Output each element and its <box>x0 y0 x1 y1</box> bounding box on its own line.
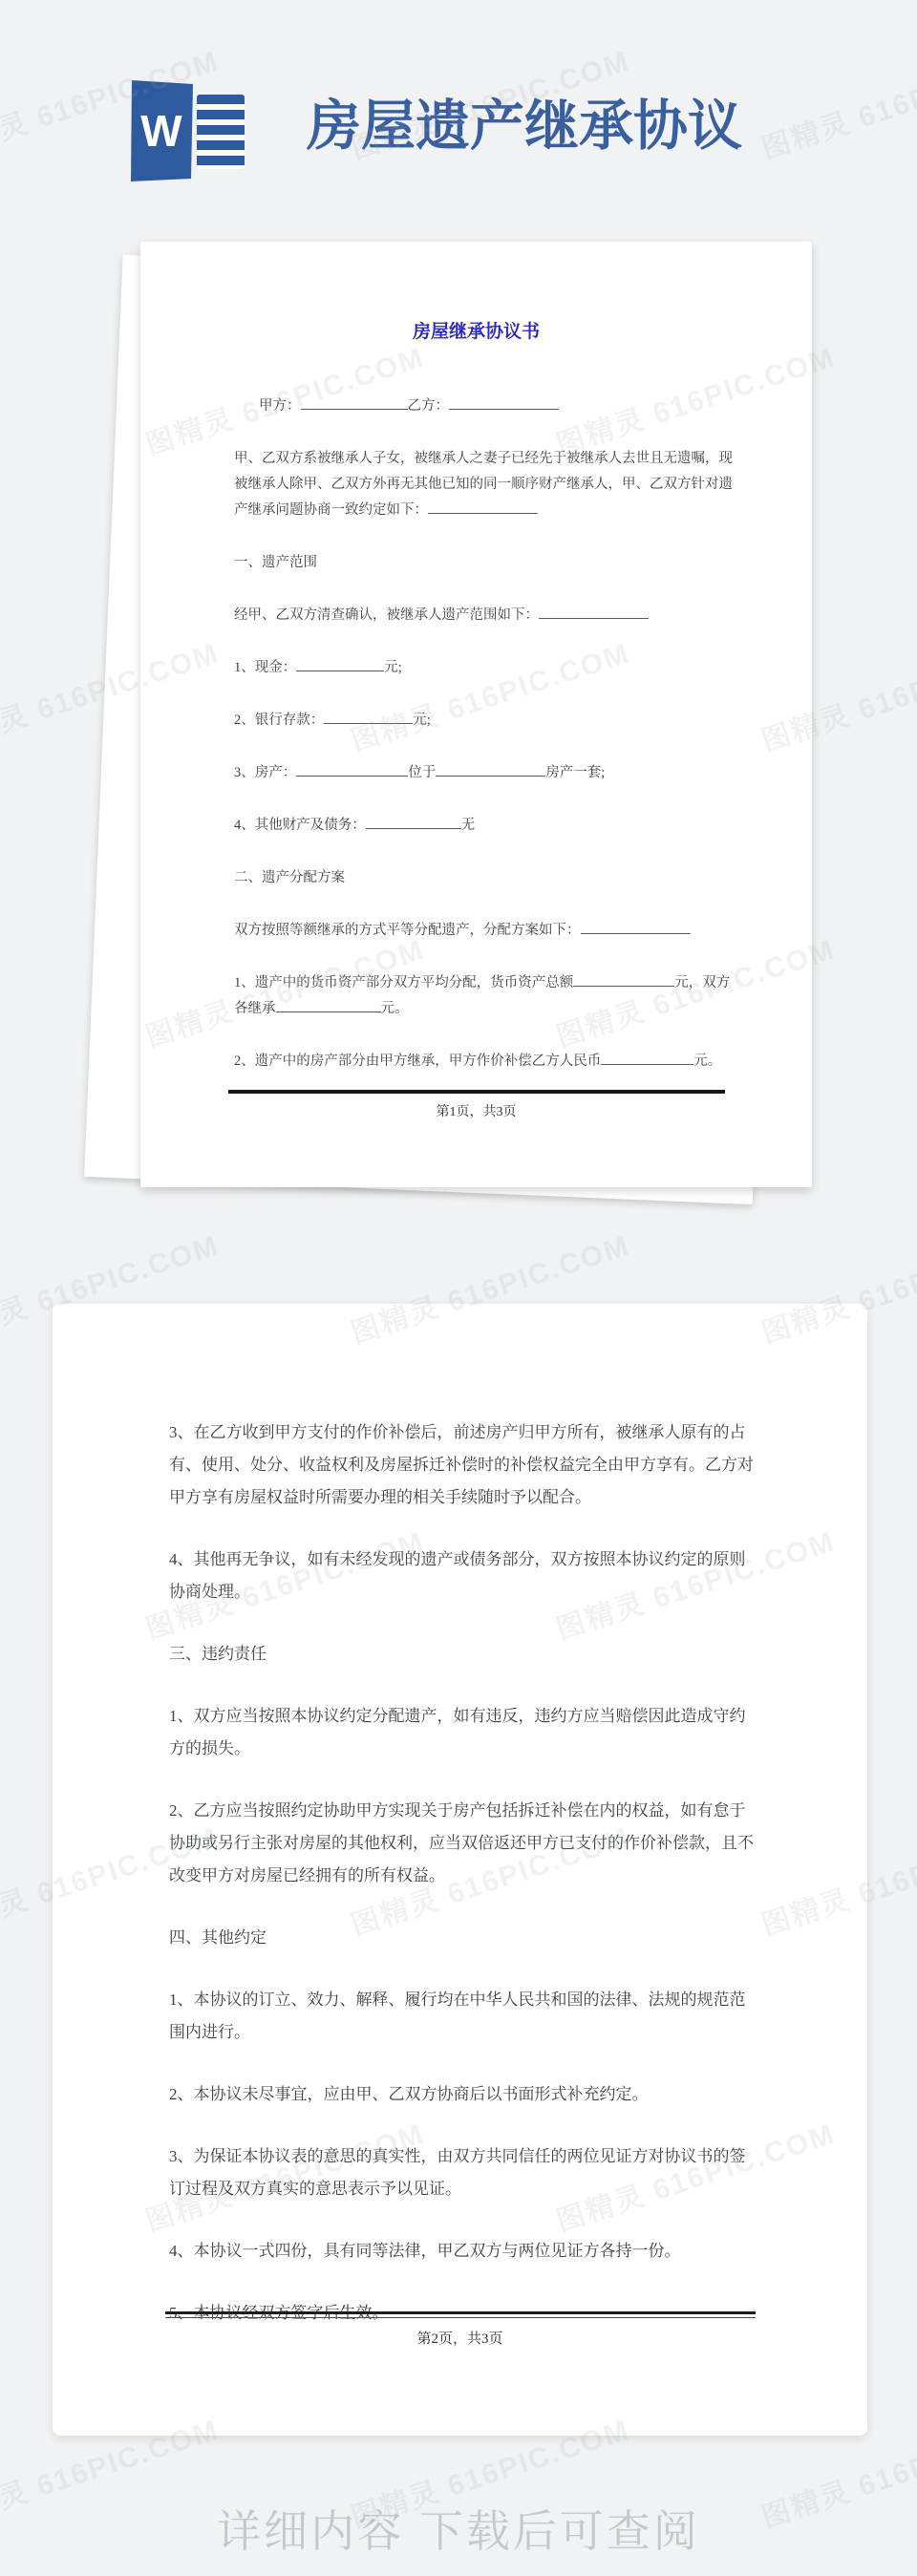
text-segment: 元。 <box>381 1001 409 1016</box>
paragraph: 1、本协议的订立、效力、解释、履行均在中华人民共和国的法律、法规的规范范围内进行… <box>169 1984 751 2049</box>
text-segment: 四、其他约定 <box>169 1928 267 1947</box>
text-segment: 房产一套; <box>545 765 605 780</box>
document-page-1: 房屋继承协议书 甲方：乙方：甲、乙双方系被继承人子女，被继承人之妻子已经先于被继… <box>140 242 812 1187</box>
blank-fill-field <box>276 997 381 1012</box>
blank-fill-field <box>428 499 538 514</box>
text-line: 三、违约责任 <box>169 1638 751 1671</box>
text-segment: 2、银行存款： <box>234 713 324 728</box>
text-segment: 3、房产： <box>234 765 296 780</box>
text-segment: 被继承人除甲、乙双方外再无其他已知的同一顺序财产继承人，甲、乙双方针对遗 <box>234 477 733 492</box>
document-title: 房屋继承协议书 <box>234 319 718 345</box>
paragraph: 三、违约责任 <box>169 1638 751 1671</box>
text-line: 3、在乙方收到甲方支付的作价补偿后，前述房产归甲方所有，被继承人原有的占 <box>169 1416 751 1449</box>
preview-caption: 详细内容 下载后可查阅 <box>0 2506 917 2556</box>
blank-fill-field <box>296 656 384 671</box>
blank-fill-field <box>296 761 408 777</box>
paragraph: 一、遗产范围 <box>234 550 718 576</box>
blank-fill-field <box>436 761 545 777</box>
text-segment: 一、遗产范围 <box>234 555 317 570</box>
text-segment: 4、本协议一式四份，具有同等法律，甲乙双方与两位见证方各持一份。 <box>169 2242 681 2260</box>
site-header: W 房屋遗产继承协议 <box>0 0 917 229</box>
paragraph: 2、乙方应当按照约定协助甲方实现关于房产包括拆迁补偿在内的权益，如有怠于协助或另… <box>169 1795 751 1892</box>
paragraph: 经甲、乙双方清查确认，被继承人遗产范围如下： <box>234 603 718 628</box>
text-line: 1、本协议的订立、效力、解释、履行均在中华人民共和国的法律、法规的规范范 <box>169 1984 751 2016</box>
paragraph: 双方按照等额继承的方式平等分配遗产，分配方案如下： <box>234 918 718 944</box>
text-segment: 1、现金： <box>234 660 296 675</box>
text-segment: 1、遗产中的货币资产部分双方平均分配，货币资产总额 <box>234 975 573 990</box>
paragraph: 2、银行存款：元; <box>234 708 718 734</box>
text-segment: 双方按照等额继承的方式平等分配遗产，分配方案如下： <box>234 923 581 938</box>
blank-fill-field <box>366 814 461 829</box>
text-line: 2、遗产中的房产部分由甲方继承，甲方作价补偿乙方人民币元。 <box>234 1049 718 1075</box>
paragraph: 4、其他财产及债务：无 <box>234 813 718 839</box>
word-document-icon <box>197 95 245 169</box>
blank-fill-field <box>573 971 674 987</box>
text-line: 3、为保证本协议表的意思的真实性，由双方共同信任的两位见证方对协议书的签 <box>169 2140 751 2173</box>
text-segment: 1、本协议的订立、效力、解释、履行均在中华人民共和国的法律、法规的规范范 <box>169 1991 746 2009</box>
page-title: 房屋遗产继承协议 <box>307 95 742 160</box>
text-segment: 无 <box>461 818 476 833</box>
paragraph: 3、在乙方收到甲方支付的作价补偿后，前述房产归甲方所有，被继承人原有的占有、使用… <box>169 1416 751 1514</box>
paragraph: 3、为保证本协议表的意思的真实性，由双方共同信任的两位见证方对协议书的签订过程及… <box>169 2140 751 2205</box>
text-line: 4、其他再无争议，如有未经发现的遗产或债务部分，双方按照本协议约定的原则 <box>169 1543 751 1576</box>
text-line: 1、双方应当按照本协议约定分配遗产，如有违反，违约方应当赔偿因此造成守约 <box>169 1700 751 1733</box>
paragraph: 3、房产：位于房产一套; <box>234 760 718 786</box>
text-segment: 元，双方 <box>674 975 730 990</box>
text-line: 协助或另行主张对房屋的其他权利，应当双倍返还甲方已支付的作价补偿款，且不 <box>169 1827 751 1860</box>
text-line: 4、本协议一式四份，具有同等法律，甲乙双方与两位见证方各持一份。 <box>169 2235 751 2267</box>
paragraph: 甲、乙双方系被继承人子女，被继承人之妻子已经先于被继承人去世且无遗嘱，现被继承人… <box>234 446 718 523</box>
text-segment: 2、本协议未尽事宜，应由甲、乙双方协商后以书面形式补充约定。 <box>169 2085 649 2103</box>
document-page-2: 3、在乙方收到甲方支付的作价补偿后，前述房产归甲方所有，被继承人原有的占有、使用… <box>53 1304 867 2436</box>
text-line: 甲方：乙方： <box>234 394 718 419</box>
paragraph: 2、遗产中的房产部分由甲方继承，甲方作价补偿乙方人民币元。 <box>234 1049 718 1075</box>
paragraph: 二、遗产分配方案 <box>234 865 718 891</box>
text-line: 一、遗产范围 <box>234 550 718 576</box>
blank-fill-field <box>581 919 691 934</box>
text-line: 四、其他约定 <box>169 1922 751 1954</box>
paragraph: 1、遗产中的货币资产部分双方平均分配，货币资产总额元，双方各继承元。 <box>234 970 718 1022</box>
text-segment: 3、在乙方收到甲方支付的作价补偿后，前述房产归甲方所有，被继承人原有的占 <box>169 1423 746 1441</box>
text-line: 3、房产：位于房产一套; <box>234 760 718 786</box>
paragraph: 2、本协议未尽事宜，应由甲、乙双方协商后以书面形式补充约定。 <box>169 2078 751 2111</box>
text-line: 2、本协议未尽事宜，应由甲、乙双方协商后以书面形式补充约定。 <box>169 2078 751 2111</box>
text-line: 各继承元。 <box>234 996 718 1022</box>
text-segment: 2、乙方应当按照约定协助甲方实现关于房产包括拆迁补偿在内的权益，如有怠于 <box>169 1801 746 1820</box>
blank-fill-field <box>601 1050 693 1065</box>
text-segment: 位于 <box>408 765 436 780</box>
text-segment: 协商处理。 <box>169 1583 250 1601</box>
footer-divider <box>228 1090 725 1094</box>
text-line: 二、遗产分配方案 <box>234 865 718 891</box>
text-line: 被继承人除甲、乙双方外再无其他已知的同一顺序财产继承人，甲、乙双方针对遗 <box>234 472 718 498</box>
text-segment: 4、其他再无争议，如有未经发现的遗产或债务部分，双方按照本协议约定的原则 <box>169 1550 746 1568</box>
text-segment: 经甲、乙双方清查确认，被继承人遗产范围如下： <box>234 607 539 623</box>
text-segment: 1、双方应当按照本协议约定分配遗产，如有违反，违约方应当赔偿因此造成守约 <box>169 1707 746 1725</box>
text-line: 2、银行存款：元; <box>234 708 718 734</box>
blank-fill-field <box>539 604 649 619</box>
text-line: 4、其他财产及债务：无 <box>234 813 718 839</box>
page-number: 第2页，共3页 <box>53 2328 867 2348</box>
document-body: 3、在乙方收到甲方支付的作价补偿后，前述房产归甲方所有，被继承人原有的占有、使用… <box>169 1416 751 2330</box>
text-segment: 改变甲方对房屋已经拥有的所有权益。 <box>169 1866 445 1884</box>
text-segment: 乙方： <box>408 398 450 414</box>
text-segment: 围内进行。 <box>169 2023 250 2041</box>
text-segment: 甲方： <box>259 398 301 414</box>
text-line: 产继承问题协商一致约定如下： <box>234 498 718 523</box>
text-segment: 方的损失。 <box>169 1739 250 1757</box>
text-line: 2、乙方应当按照约定协助甲方实现关于房产包括拆迁补偿在内的权益，如有怠于 <box>169 1795 751 1827</box>
text-segment: 二、遗产分配方案 <box>234 870 345 885</box>
paragraph: 1、现金：元; <box>234 655 718 681</box>
text-segment: 各继承 <box>234 1001 276 1016</box>
word-logo-letter: W <box>135 104 188 158</box>
text-line: 双方按照等额继承的方式平等分配遗产，分配方案如下： <box>234 918 718 944</box>
text-segment: 元; <box>384 660 402 675</box>
text-segment: 甲方享有房屋权益时所需要办理的相关手续随时予以配合。 <box>169 1488 591 1506</box>
text-segment: 元; <box>413 713 431 728</box>
text-line: 1、遗产中的货币资产部分双方平均分配，货币资产总额元，双方 <box>234 970 718 996</box>
text-segment: 三、违约责任 <box>169 1645 267 1663</box>
paragraph: 甲方：乙方： <box>234 394 718 419</box>
text-line: 经甲、乙双方清查确认，被继承人遗产范围如下： <box>234 603 718 628</box>
text-segment: 3、为保证本协议表的意思的真实性，由双方共同信任的两位见证方对协议书的签 <box>169 2147 746 2165</box>
text-line: 方的损失。 <box>169 1733 751 1765</box>
text-line: 改变甲方对房屋已经拥有的所有权益。 <box>169 1860 751 1892</box>
paragraph: 1、双方应当按照本协议约定分配遗产，如有违反，违约方应当赔偿因此造成守约方的损失… <box>169 1700 751 1765</box>
text-segment: 订过程及双方真实的意思表示予以见证。 <box>169 2180 461 2198</box>
text-line: 围内进行。 <box>169 2016 751 2049</box>
word-logo-icon: W <box>129 79 248 182</box>
paragraph: 4、本协议一式四份，具有同等法律，甲乙双方与两位见证方各持一份。 <box>169 2235 751 2267</box>
blank-fill-field <box>324 709 413 724</box>
text-line: 订过程及双方真实的意思表示予以见证。 <box>169 2173 751 2205</box>
text-line: 甲、乙双方系被继承人子女，被继承人之妻子已经先于被继承人去世且无遗嘱，现 <box>234 446 718 472</box>
paragraph: 四、其他约定 <box>169 1922 751 1954</box>
text-segment: 4、其他财产及债务： <box>234 818 366 833</box>
text-line: 有、使用、处分、收益权利及房屋拆迁补偿时的补偿权益完全由甲方享有。乙方对 <box>169 1449 751 1481</box>
text-segment: 甲、乙双方系被继承人子女，被继承人之妻子已经先于被继承人去世且无遗嘱，现 <box>234 451 733 466</box>
blank-fill-field <box>449 394 559 410</box>
text-segment: 元。 <box>693 1054 721 1069</box>
blank-fill-field <box>301 394 408 410</box>
text-segment: 有、使用、处分、收益权利及房屋拆迁补偿时的补偿权益完全由甲方享有。乙方对 <box>169 1456 754 1474</box>
text-line: 1、现金：元; <box>234 655 718 681</box>
text-segment: 协助或另行主张对房屋的其他权利，应当双倍返还甲方已支付的作价补偿款，且不 <box>169 1834 754 1852</box>
page-number: 第1页，共3页 <box>140 1101 812 1120</box>
text-segment: 产继承问题协商一致约定如下： <box>234 502 428 518</box>
text-segment: 2、遗产中的房产部分由甲方继承，甲方作价补偿乙方人民币 <box>234 1054 601 1069</box>
text-line: 甲方享有房屋权益时所需要办理的相关手续随时予以配合。 <box>169 1481 751 1514</box>
paragraph: 4、其他再无争议，如有未经发现的遗产或债务部分，双方按照本协议约定的原则协商处理… <box>169 1543 751 1608</box>
document-body: 甲方：乙方：甲、乙双方系被继承人子女，被继承人之妻子已经先于被继承人去世且无遗嘱… <box>234 394 718 1075</box>
text-line: 协商处理。 <box>169 1576 751 1608</box>
footer-divider <box>165 2311 756 2318</box>
